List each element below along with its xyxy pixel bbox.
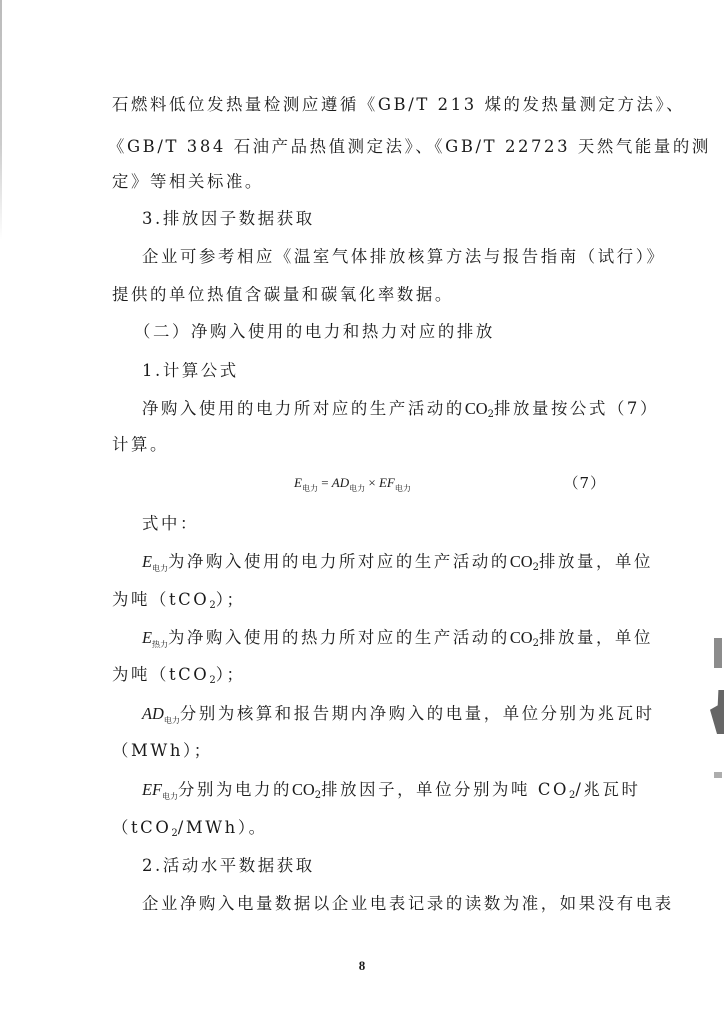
formula-var: E	[294, 475, 302, 490]
definition-text: 排放因子，单位分别为吨 CO	[321, 780, 569, 799]
definition-text: 分别为核算和报告期内净购入的电量，单位分别为兆瓦时	[180, 704, 655, 723]
definition-text: 为净购入使用的热力所对应的生产活动的	[168, 628, 510, 647]
definition-text: （tCO	[112, 818, 171, 837]
body-text-line: 《GB/T 384 石油产品热值测定法》、《GB/T 22723 天然气能量的测	[108, 137, 711, 157]
definition-text: /兆瓦时	[575, 780, 640, 799]
section-heading: 2.活动水平数据获取	[142, 856, 315, 876]
formula-intro-text: 排放量按公式（7）	[494, 399, 659, 418]
section-heading: 3.排放因子数据获取	[142, 209, 315, 229]
definition-var: E	[142, 552, 152, 571]
definition-text: 排放量，单位	[539, 552, 653, 571]
equals-sign: =	[318, 475, 332, 490]
formula-var: AD	[332, 475, 349, 490]
subsection-heading: （二）净购入使用的电力和热力对应的排放	[134, 322, 495, 342]
body-text-line: 企业净购入电量数据以企业电表记录的读数为准，如果没有电表	[142, 894, 674, 914]
definition-line: AD电力分别为核算和报告期内净购入的电量，单位分别为兆瓦时	[142, 704, 655, 731]
body-text-line: 定》等相关标准。	[112, 172, 264, 192]
body-text-line: 石燃料低位发热量检测应遵循《GB/T 213 煤的发热量测定方法》、	[112, 95, 685, 115]
definition-line: E热力为净购入使用的热力所对应的生产活动的CO2排放量，单位	[142, 628, 653, 655]
definition-var: AD	[142, 704, 164, 723]
formula-intro-text: 净购入使用的电力所对应的生产活动的	[142, 399, 465, 418]
definition-text: ）；	[216, 665, 246, 684]
definition-var: EF	[142, 780, 162, 799]
definition-subscript: 电力	[162, 792, 178, 801]
where-label: 式中：	[142, 514, 199, 534]
times-sign: ×	[365, 475, 379, 490]
body-text-line: 提供的单位热值含碳量和碳氧化率数据。	[112, 285, 454, 305]
stamp-mark	[714, 638, 722, 668]
formula-var: EF	[379, 475, 395, 490]
co2-label: CO	[510, 628, 533, 647]
stamp-star-icon	[710, 690, 724, 734]
scan-edge-shadow	[0, 0, 2, 240]
definition-subscript: 电力	[152, 564, 168, 573]
co2-label: CO	[292, 780, 315, 799]
definition-text: 分别为电力的	[178, 780, 292, 799]
body-text-line: 企业可参考相应《温室气体排放核算方法与报告指南（试行）》	[142, 247, 666, 267]
definition-text: 为净购入使用的电力所对应的生产活动的	[168, 552, 510, 571]
section-heading: 1.计算公式	[142, 361, 239, 381]
formula-subscript: 电力	[302, 484, 318, 493]
definition-subscript: 热力	[152, 640, 168, 649]
definition-line: EF电力分别为电力的CO2排放因子，单位分别为吨 CO2/兆瓦时	[142, 780, 641, 807]
definition-line: （MWh）；	[112, 741, 213, 761]
definition-text: 为吨（tCO	[112, 665, 209, 684]
definition-line: （tCO2/MWh）。	[112, 818, 268, 844]
formula-intro-line: 净购入使用的电力所对应的生产活动的CO2排放量按公式（7）	[142, 399, 659, 425]
stamp-mark	[714, 772, 722, 778]
definition-text: 为吨（tCO	[112, 590, 209, 609]
formula-7: E电力 = AD电力 × EF电力	[294, 475, 411, 494]
formula-number: （7）	[563, 472, 606, 493]
co2-label: CO	[510, 552, 533, 571]
body-text-line: 计算。	[112, 435, 169, 455]
seal-stamp-fragment	[710, 630, 724, 810]
page-number: 8	[0, 958, 724, 974]
formula-subscript: 电力	[349, 484, 365, 493]
definition-var: E	[142, 628, 152, 647]
definition-text: ）；	[216, 590, 246, 609]
definition-line: E电力为净购入使用的电力所对应的生产活动的CO2排放量，单位	[142, 552, 653, 579]
definition-subscript: 电力	[164, 716, 180, 725]
definition-line: 为吨（tCO2）；	[112, 590, 246, 616]
definition-text: 排放量，单位	[539, 628, 653, 647]
definition-line: 为吨（tCO2）；	[112, 665, 246, 691]
formula-subscript: 电力	[395, 484, 411, 493]
definition-text: /MWh）。	[178, 818, 268, 837]
co2-label: CO	[465, 399, 488, 418]
